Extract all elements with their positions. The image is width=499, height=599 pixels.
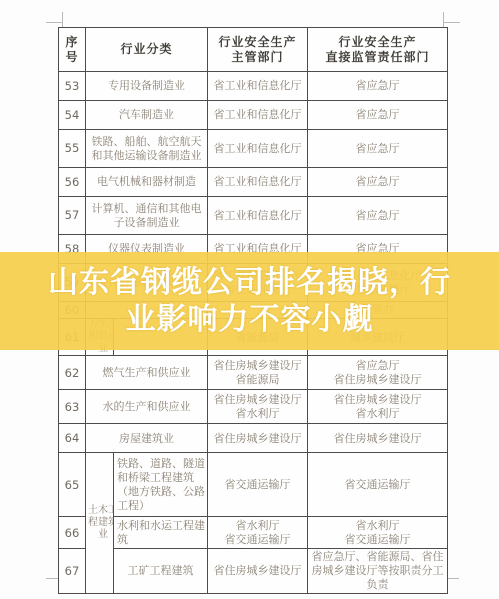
dept-cell: 省工业和信息化厅 (208, 197, 308, 235)
table-row: 56 电气机械和器材制造 省工业和信息化厅 省应急厅 (59, 168, 448, 197)
table-row: 57 计算机、通信和其他电子设备制造业 省工业和信息化厅 省应急厅 (59, 197, 448, 235)
row-number-cell: 55 (59, 130, 86, 168)
dept-cell: 省住房城乡建设厅 (208, 549, 308, 593)
supervision-cell: 省应急厅 (308, 168, 448, 197)
dept-cell: 省工业和信息化厅 (208, 168, 308, 197)
header-serial: 序号 (59, 28, 86, 72)
row-number-cell: 66 (59, 517, 86, 549)
headline-overlay: 山东省钢缆公司排名揭晓，行 业影响力不容小觑 (0, 252, 499, 350)
dept-cell: 省工业和信息化厅 (208, 101, 308, 130)
crop-mark-top-left-v (62, 12, 63, 28)
supervision-cell: 省应急厅 省住房城乡建设厅 (308, 356, 448, 390)
supervision-cell: 省住房城乡建设厅 省水利厅 (308, 390, 448, 424)
supervision-cell: 省应急厅 (308, 72, 448, 101)
industry-cell: 铁路、道路、隧道和桥梁工程建筑（地方铁路、公路工程） (114, 453, 208, 517)
row-number-cell: 53 (59, 72, 86, 101)
header-dept: 行业安全生产 主管部门 (208, 28, 308, 72)
industry-cell: 专用设备制造业 (86, 72, 208, 101)
table-row: 54 汽车制造业 省工业和信息化厅 省应急厅 (59, 101, 448, 130)
supervision-cell: 省交通运输厅 (308, 453, 448, 517)
industry-cell: 电气机械和器材制造 (86, 168, 208, 197)
dept-cell: 省交通运输厅 (208, 453, 308, 517)
supervision-cell: 省应急厅 (308, 101, 448, 130)
table-row: 62 燃气生产和供应业 省住房城乡建设厅 省能源局 省应急厅 省住房城乡建设厅 (59, 356, 448, 390)
row-number-cell: 63 (59, 390, 86, 424)
industry-cell: 水的生产和供应业 (86, 390, 208, 424)
header-supervision: 行业安全生产 直接监管责任部门 (308, 28, 448, 72)
supervision-cell: 省住房城乡建设厅 (308, 424, 448, 453)
row-number-cell: 65 (59, 453, 86, 517)
dept-cell: 省住房城乡建设厅 省能源局 (208, 356, 308, 390)
industry-cell: 燃气生产和供应业 (86, 356, 208, 390)
row-number-cell: 54 (59, 101, 86, 130)
crop-mark-top-left (46, 22, 63, 23)
industry-cell: 铁路、船舶、航空航天和其他运输设备制造业 (86, 130, 208, 168)
supervision-cell: 省水利厅 省交通运输厅 (308, 517, 448, 549)
dept-cell: 省工业和信息化厅 (208, 72, 308, 101)
table-row: 65 土木工程建筑业 铁路、道路、隧道和桥梁工程建筑（地方铁路、公路工程） 省交… (59, 453, 448, 517)
row-number-cell: 57 (59, 197, 86, 235)
headline-line1: 山东省钢缆公司排名揭晓，行 (0, 264, 499, 301)
table-header-row: 序号 行业分类 行业安全生产 主管部门 行业安全生产 直接监管责任部门 (59, 28, 448, 72)
table-row: 55 铁路、船舶、航空航天和其他运输设备制造业 省工业和信息化厅 省应急厅 (59, 130, 448, 168)
table-row: 63 水的生产和供应业 省住房城乡建设厅 省水利厅 省住房城乡建设厅 省水利厅 (59, 390, 448, 424)
table-row: 64 房屋建筑业 省住房城乡建设厅 省住房城乡建设厅 (59, 424, 448, 453)
supervision-cell: 省应急厅 (308, 130, 448, 168)
table-row: 67 工矿工程建筑 省住房城乡建设厅 省应急厅、省能源局、省住房城乡建设厅等按职… (59, 549, 448, 593)
header-industry: 行业分类 (86, 28, 208, 72)
supervision-cell: 省应急厅 (308, 197, 448, 235)
industry-group-label: 土木工程建筑业 (86, 505, 114, 541)
dept-cell: 省工业和信息化厅 (208, 130, 308, 168)
industry-cell: 房屋建筑业 (86, 424, 208, 453)
industry-cell: 工矿工程建筑 (114, 549, 208, 593)
crop-mark-top-right-v (443, 12, 444, 28)
dept-cell: 省水利厅 省交通运输厅 (208, 517, 308, 549)
row-number-cell: 56 (59, 168, 86, 197)
row-number-cell: 67 (59, 549, 86, 593)
dept-cell: 省住房城乡建设厅 省水利厅 (208, 390, 308, 424)
industry-cell: 水利和水运工程建筑 (114, 517, 208, 549)
row-number-cell: 62 (59, 356, 86, 390)
supervision-cell: 省应急厅、省能源局、省住房城乡建设厅等按职责分工负责 (308, 549, 448, 593)
dept-cell: 省住房城乡建设厅 (208, 424, 308, 453)
crop-mark-top-right (443, 22, 460, 23)
row-number-cell: 64 (59, 424, 86, 453)
industry-group-cell: 土木工程建筑业 (86, 453, 114, 593)
table-row: 53 专用设备制造业 省工业和信息化厅 省应急厅 (59, 72, 448, 101)
industry-cell: 汽车制造业 (86, 101, 208, 130)
industry-cell: 计算机、通信和其他电子设备制造业 (86, 197, 208, 235)
headline-line2: 业影响力不容小觑 (0, 301, 499, 338)
table-row: 66 水利和水运工程建筑 省水利厅 省交通运输厅 省水利厅 省交通运输厅 (59, 517, 448, 549)
